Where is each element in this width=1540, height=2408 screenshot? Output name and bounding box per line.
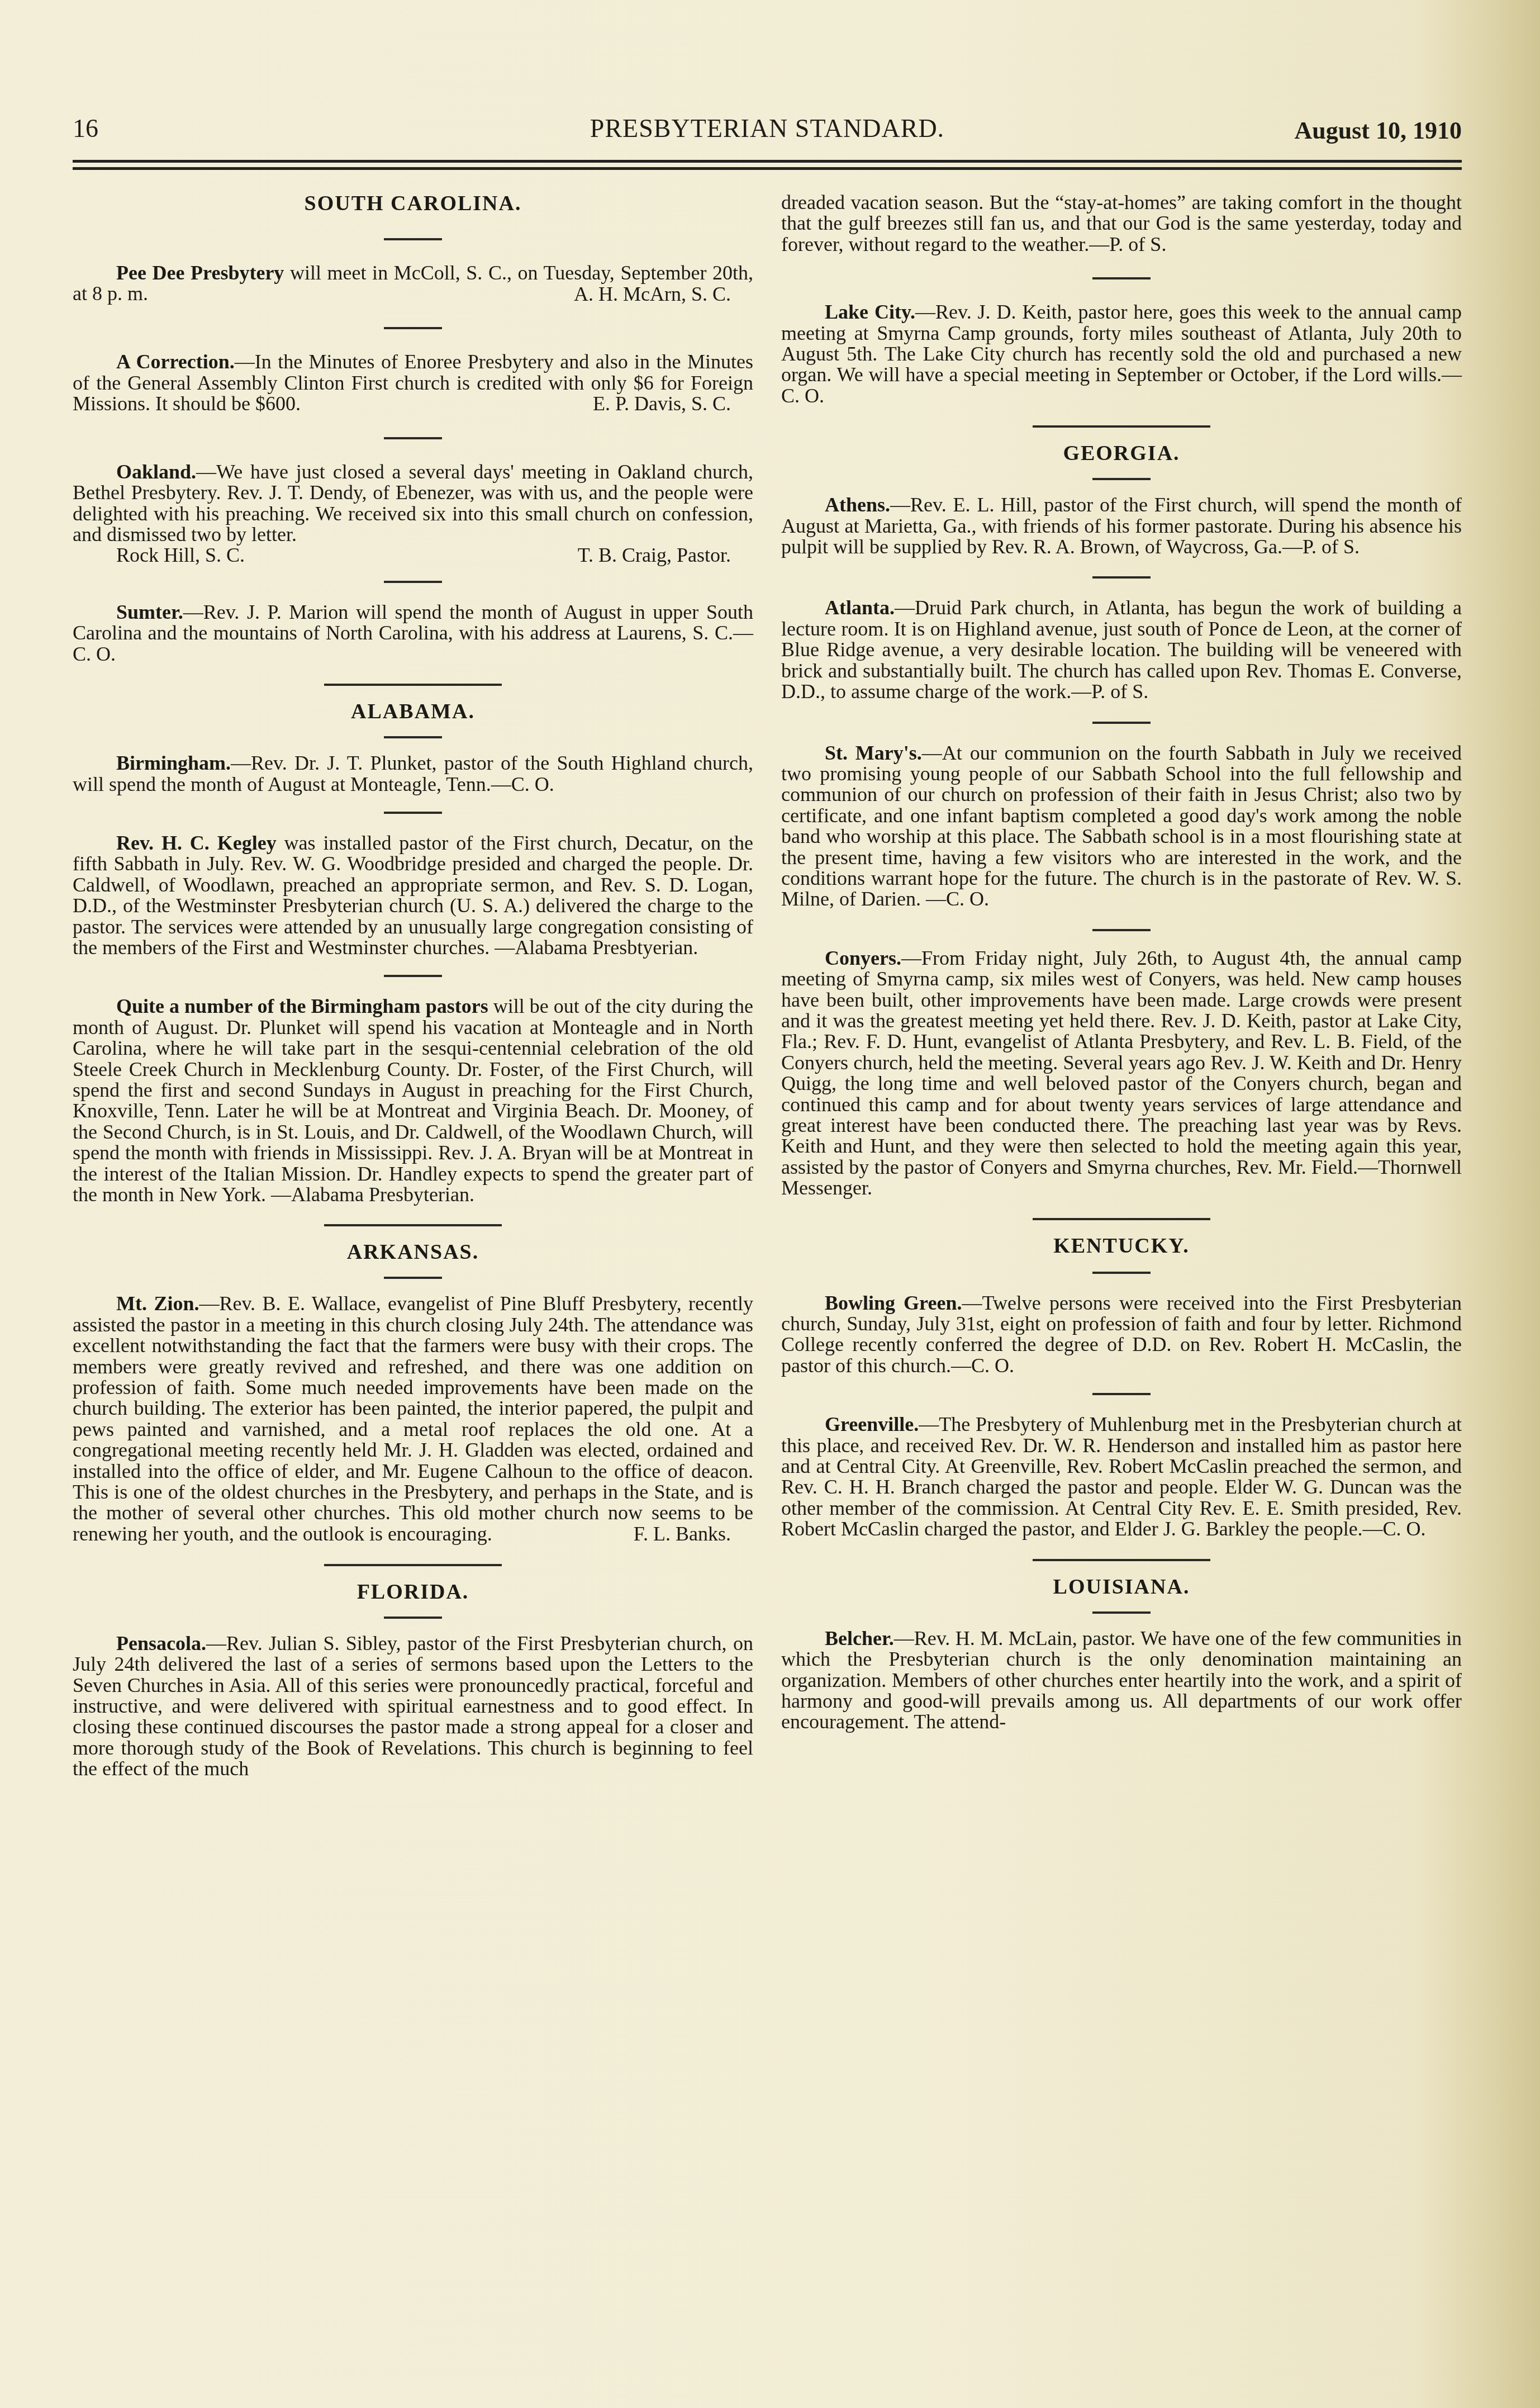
section-heading-kentucky: KENTUCKY.: [781, 1234, 1462, 1258]
article-pensacola-continued: dreaded vacation season. But the “stay-a…: [781, 192, 1462, 255]
article-conyers: Conyers.—From Friday night, July 26th, t…: [781, 948, 1462, 1199]
article-place: Rock Hill, S. C.: [116, 545, 245, 566]
article-lake-city: Lake City.—Rev. J. D. Keith, pastor here…: [781, 302, 1462, 406]
article-greenville: Greenville.—The Presbytery of Muhlenburg…: [781, 1414, 1462, 1539]
article-lead: Mt. Zion.: [116, 1292, 199, 1315]
article-lead: Birmingham.: [116, 752, 231, 774]
newspaper-page: 16 PRESBYTERIAN STANDARD. August 10, 191…: [73, 112, 1462, 1780]
article-signature: A. H. McArn, S. C.: [73, 284, 753, 305]
article-lead: Sumter.: [116, 601, 183, 623]
article-mt-zion: Mt. Zion.—Rev. B. E. Wallace, evangelist…: [73, 1293, 753, 1544]
section-heading-arkansas: ARKANSAS.: [73, 1240, 753, 1264]
section-rule: [324, 684, 502, 686]
article-lead: Pee Dee Presbytery: [116, 262, 284, 284]
article-body: will be out of the city during the month…: [73, 995, 753, 1206]
article-body: —Rev. Julian S. Sibley, pastor of the Fi…: [73, 1632, 753, 1780]
article-kegley: Rev. H. C. Kegley was installed pastor o…: [73, 833, 753, 958]
divider: [384, 812, 442, 814]
divider: [1092, 1272, 1151, 1274]
article-body: —Rev. B. E. Wallace, evangelist of Pine …: [73, 1292, 753, 1544]
divider: [384, 1617, 442, 1619]
article-lead: Belcher.: [825, 1627, 894, 1649]
article-body: —At our communion on the fourth Sabbath …: [781, 742, 1462, 911]
section-rule: [1033, 1559, 1210, 1561]
publication-title: PRESBYTERIAN STANDARD.: [73, 112, 1462, 145]
divider: [384, 327, 442, 329]
article-lead: Lake City.: [825, 301, 915, 323]
article-lead: Rev. H. C. Kegley: [116, 832, 277, 854]
section-heading-georgia: GEORGIA.: [781, 441, 1462, 466]
article-body: —From Friday night, July 26th, to August…: [781, 947, 1462, 1199]
article-birmingham: Birmingham.—Rev. Dr. J. T. Plunket, past…: [73, 753, 753, 795]
section-heading-florida: FLORIDA.: [73, 1580, 753, 1604]
section-heading-alabama: ALABAMA.: [73, 699, 753, 724]
article-lead: Greenville.: [825, 1413, 919, 1435]
article-lead: Athens.: [825, 494, 890, 516]
article-signature: T. B. Craig, Pastor.: [578, 545, 731, 566]
section-heading-louisiana: LOUISIANA.: [781, 1575, 1462, 1599]
divider: [384, 1277, 442, 1279]
article-lead: Quite a number of the Birmingham pastors: [116, 995, 488, 1017]
section-rule: [324, 1564, 502, 1566]
article-lead: Bowling Green.: [825, 1292, 962, 1314]
article-signature-line: Rock Hill, S. C.T. B. Craig, Pastor.: [73, 545, 753, 566]
divider: [1092, 576, 1151, 579]
divider: [384, 736, 442, 738]
article-bowling-green: Bowling Green.—Twelve persons were recei…: [781, 1293, 1462, 1377]
article-atlanta: Atlanta.—Druid Park church, in Atlanta, …: [781, 598, 1462, 702]
section-rule: [324, 1224, 502, 1226]
divider: [384, 975, 442, 977]
left-column: SOUTH CAROLINA. Pee Dee Presbytery will …: [73, 184, 753, 1780]
article-lead: A Correction.: [116, 350, 235, 373]
article-correction: A Correction.—In the Minutes of Enoree P…: [73, 352, 753, 415]
divider: [1092, 478, 1151, 480]
section-rule: [1033, 425, 1210, 428]
divider: [1092, 1393, 1151, 1395]
article-lead: Pensacola.: [116, 1632, 206, 1655]
masthead-double-rule: [73, 160, 1462, 170]
article-birmingham-pastors: Quite a number of the Birmingham pastors…: [73, 996, 753, 1205]
article-body: dreaded vacation season. But the “stay-a…: [781, 192, 1462, 255]
divider: [1092, 277, 1151, 279]
divider: [384, 581, 442, 583]
divider: [384, 238, 442, 240]
issue-date: August 10, 1910: [1295, 114, 1462, 148]
article-pee-dee: Pee Dee Presbytery will meet in McColl, …: [73, 263, 753, 305]
masthead: 16 PRESBYTERIAN STANDARD. August 10, 191…: [73, 112, 1462, 145]
article-sumter: Sumter.—Rev. J. P. Marion will spend the…: [73, 602, 753, 665]
article-lead: Conyers.: [825, 947, 901, 969]
right-column: dreaded vacation season. But the “stay-a…: [781, 184, 1462, 1780]
divider: [1092, 1611, 1151, 1614]
columns: SOUTH CAROLINA. Pee Dee Presbytery will …: [73, 184, 1462, 1780]
article-st-marys: St. Mary's.—At our communion on the four…: [781, 743, 1462, 910]
divider: [1092, 722, 1151, 724]
article-lead: Oakland.: [116, 461, 196, 483]
section-rule: [1033, 1218, 1210, 1220]
article-oakland: Oakland.—We have just closed a several d…: [73, 462, 753, 566]
section-heading-south-carolina: SOUTH CAROLINA.: [73, 191, 753, 216]
article-pensacola: Pensacola.—Rev. Julian S. Sibley, pastor…: [73, 1633, 753, 1780]
article-lead: Atlanta.: [825, 596, 895, 619]
divider: [1092, 929, 1151, 931]
article-lead: St. Mary's.: [825, 742, 922, 764]
divider: [384, 437, 442, 439]
article-athens: Athens.—Rev. E. L. Hill, pastor of the F…: [781, 495, 1462, 557]
article-belcher: Belcher.—Rev. H. M. McLain, pastor. We h…: [781, 1628, 1462, 1733]
